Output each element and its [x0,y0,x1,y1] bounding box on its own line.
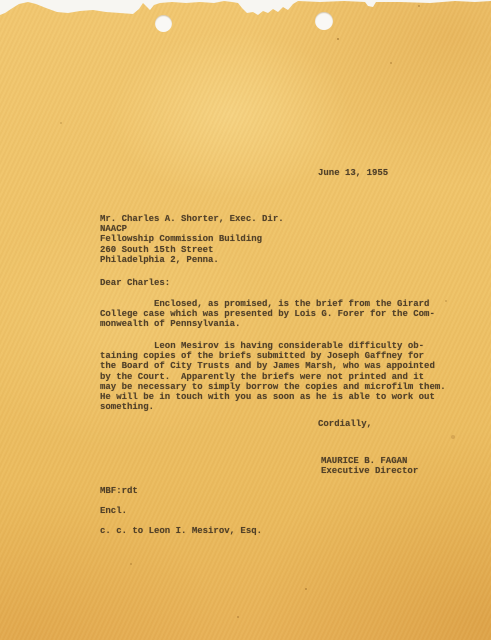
text-line: Philadelphia 2, Penna. [100,255,284,265]
punch-hole-right [315,12,333,30]
text-line: Fellowship Commission Building [100,234,284,244]
body-paragraph-2: Leon Mesirov is having considerable diff… [100,341,446,412]
text-line: Executive Director [321,466,418,476]
punch-hole-left [155,15,172,32]
text-line: MAURICE B. FAGAN [321,456,418,466]
letter-date: June 13, 1955 [318,168,388,178]
text-line: College case which was presented by Lois… [100,309,435,319]
text-line: monwealth of Pennsylvania. [100,319,435,329]
salutation: Dear Charles: [100,278,170,288]
text-line: NAACP [100,224,284,234]
body-paragraph-1: Enclosed, as promised, is the brief from… [100,299,435,330]
text-line: Enclosed, as promised, is the brief from… [100,299,435,309]
typist-reference: MBF:rdt [100,486,138,496]
scanned-letter: June 13, 1955 Mr. Charles A. Shorter, Ex… [0,0,491,640]
text-line: by the Court. Apparently the briefs were… [100,372,446,382]
closing-phrase: Cordially, [318,419,372,429]
text-line: Mr. Charles A. Shorter, Exec. Dir. [100,214,284,224]
recipient-address: Mr. Charles A. Shorter, Exec. Dir.NAACPF… [100,214,284,265]
text-line: 260 South 15th Street [100,245,284,255]
text-line: He will be in touch with you as soon as … [100,392,446,402]
text-line: taining copies of the briefs submitted b… [100,351,446,361]
carbon-copy-note: c. c. to Leon I. Mesirov, Esq. [100,526,262,536]
text-line: something. [100,402,446,412]
letter-paper: June 13, 1955 Mr. Charles A. Shorter, Ex… [0,0,491,640]
enclosure-note: Encl. [100,506,127,516]
signature-block: MAURICE B. FAGANExecutive Director [321,456,418,476]
text-line: may be necessary to simply borrow the co… [100,382,446,392]
text-line: Leon Mesirov is having considerable diff… [100,341,446,351]
text-line: the Board of City Trusts and by James Ma… [100,361,446,371]
